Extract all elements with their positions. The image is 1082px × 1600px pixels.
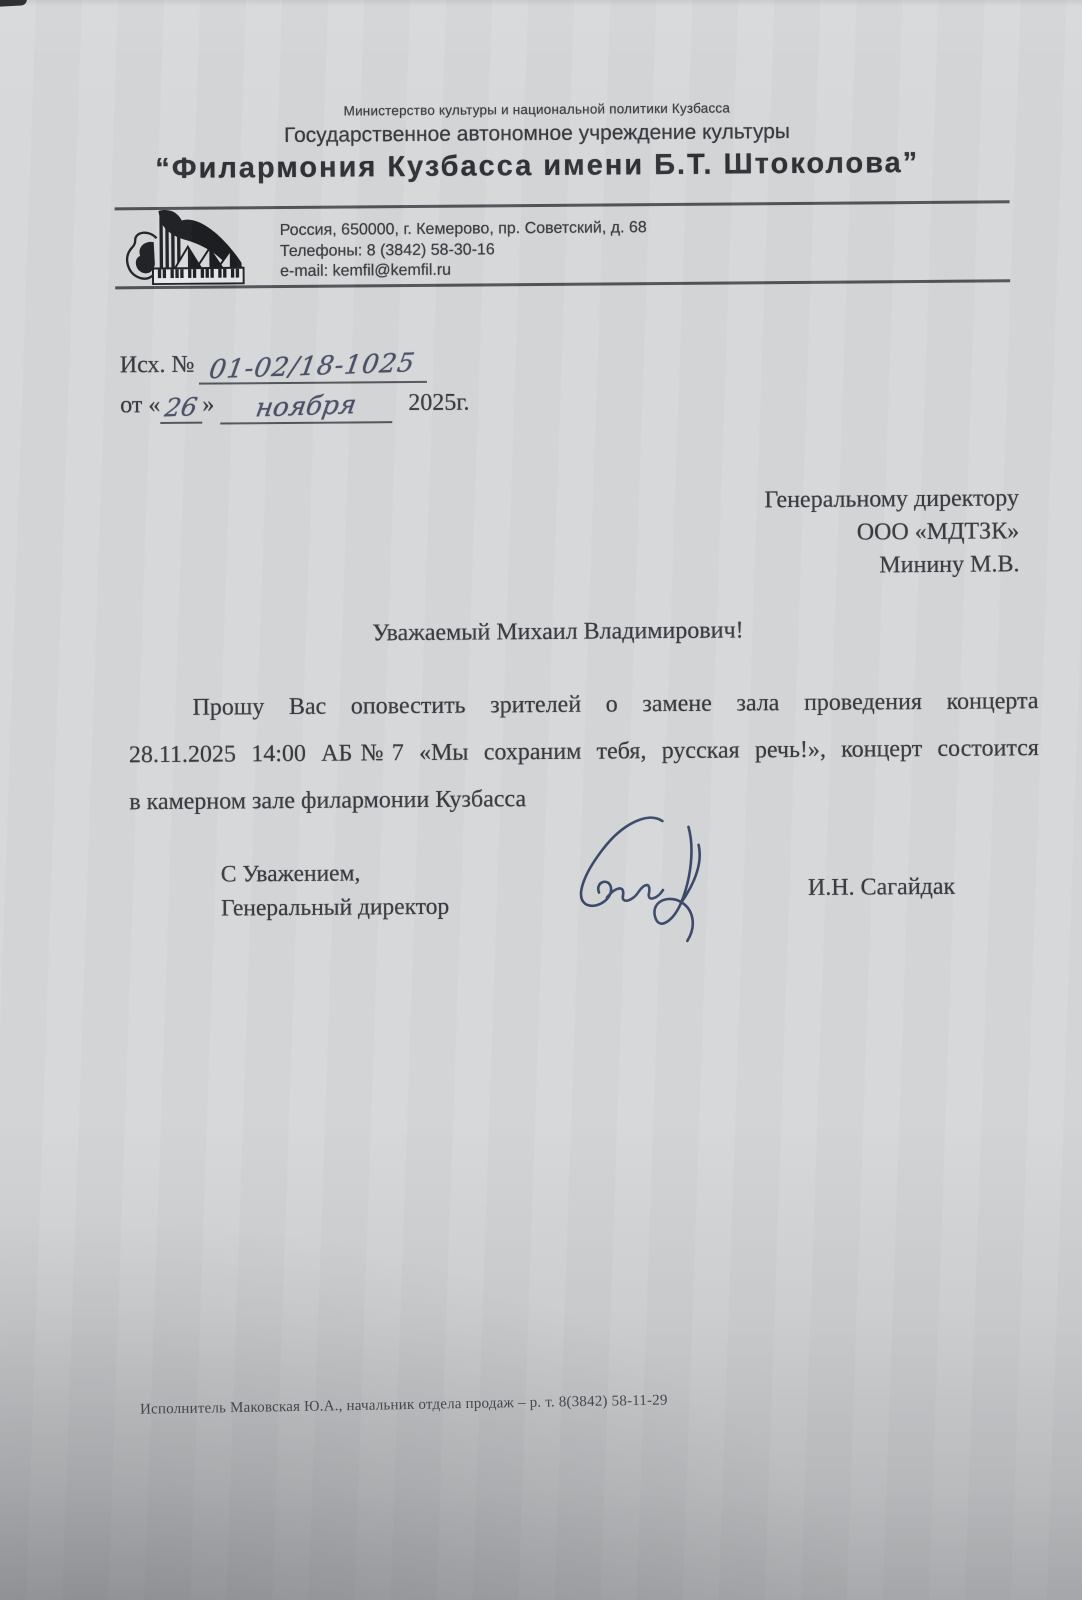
- date-prefix: от «: [120, 392, 160, 418]
- outgoing-number-line: Исх. №01-02/18-1025: [120, 350, 470, 386]
- letterhead-contacts: Россия, 650000, г. Кемерово, пр. Советск…: [280, 205, 648, 282]
- executor-footer: Исполнитель Маковская Ю.А., начальник от…: [140, 1392, 668, 1418]
- date-close-quote: »: [202, 392, 214, 418]
- outgoing-number-value: 01-02/18-1025: [207, 348, 417, 385]
- philharmonic-piano-logo-icon: [122, 208, 251, 285]
- scanned-letter-photo: Министерство культуры и национальной пол…: [0, 0, 1082, 1600]
- body-line: 28.11.2025 14:00 АБ№7 «Мы сохраним тебя,…: [129, 725, 1039, 779]
- outgoing-reference-block: Исх. №01-02/18-1025 от «26»ноября2025г.: [120, 350, 470, 426]
- addressee-company: ООО «МДТЗК»: [765, 515, 1020, 550]
- closing-regards: С Уважением,: [221, 856, 449, 892]
- salutation: Уважаемый Михаил Владимирович!: [124, 615, 1038, 649]
- paper-sheet: Министерство культуры и национальной пол…: [0, 0, 1082, 1600]
- ministry-line: Министерство культуры и национальной пол…: [0, 98, 1078, 121]
- body-line: Прошу Вас оповестить зрителей о замене з…: [128, 678, 1038, 732]
- date-line: от «26»ноября2025г.: [120, 390, 470, 426]
- closing-block: С Уважением, Генеральный директор: [221, 856, 450, 926]
- phone-line: Телефоны: 8 (3842) 58-30-16: [280, 239, 647, 262]
- signer-name: И.Н. Сагайдак: [808, 874, 955, 902]
- date-month-value: ноября: [254, 390, 359, 423]
- org-name-title: “Филармония Кузбасса имени Б.Т. Штоколов…: [0, 146, 1078, 187]
- addressee-name: Минину М.В.: [765, 548, 1020, 583]
- letterhead: Россия, 650000, г. Кемерово, пр. Советск…: [122, 202, 1011, 283]
- addressee-position: Генеральному директору: [764, 482, 1019, 517]
- outgoing-number-label: Исх. №: [120, 352, 195, 379]
- letter-header: Министерство культуры и национальной пол…: [0, 98, 1078, 187]
- date-day-value: 26: [163, 392, 200, 422]
- org-type-line: Государственное автономное учреждение ку…: [0, 118, 1078, 150]
- address-line: Россия, 650000, г. Кемерово, пр. Советск…: [280, 218, 647, 241]
- signature-ink: [544, 804, 740, 951]
- date-year: 2025г.: [408, 390, 469, 416]
- email-line: e-mail: kemfil@kemfil.ru: [280, 259, 647, 282]
- closing-title: Генеральный директор: [221, 890, 449, 926]
- addressee-block: Генеральному директору ООО «МДТЗК» Минин…: [764, 482, 1019, 583]
- body-paragraph: Прошу Вас оповестить зрителей о замене з…: [128, 678, 1039, 826]
